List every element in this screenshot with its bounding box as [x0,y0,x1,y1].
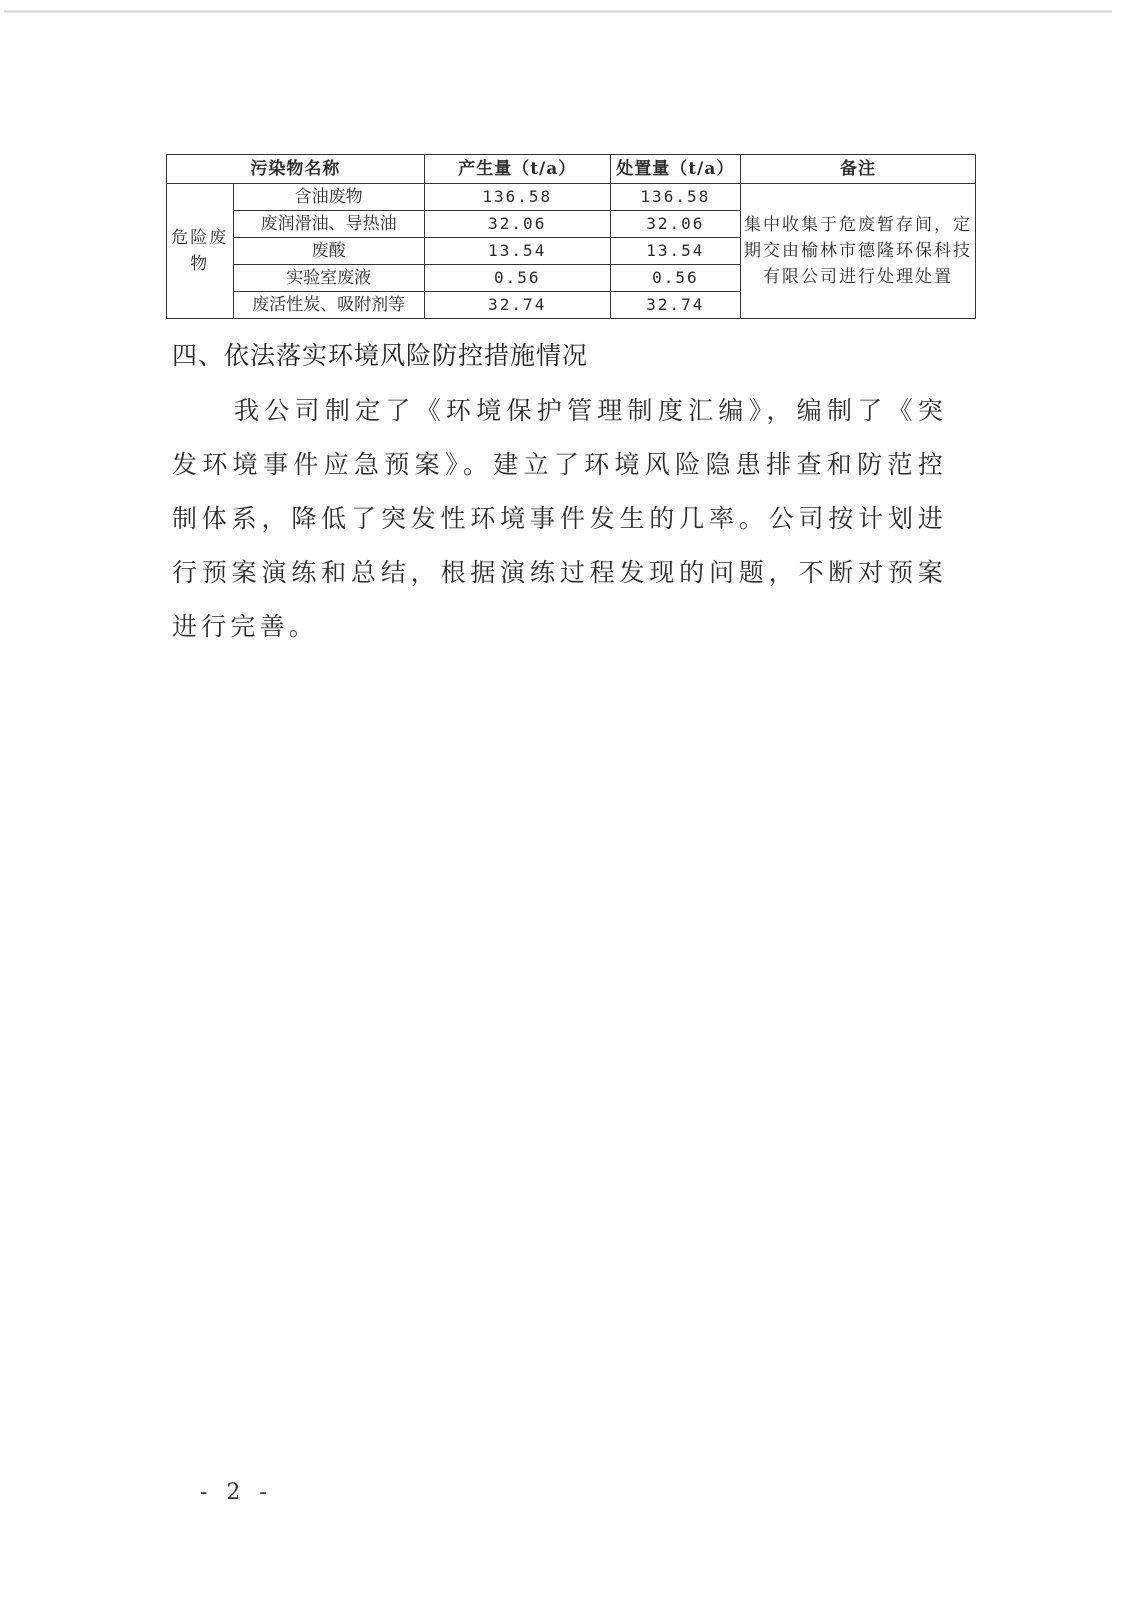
table-row: 危险废物 含油废物 136.58 136.58 集中收集于危废暂存间，定期交由榆… [167,184,976,211]
scan-edge-line [4,10,1112,13]
generated-value: 136.58 [424,184,610,211]
disposed-value: 32.74 [610,292,740,319]
disposed-value: 32.06 [610,211,740,238]
header-pollutant-name: 污染物名称 [167,155,425,184]
generated-value: 13.54 [424,238,610,265]
generated-value: 32.06 [424,211,610,238]
header-generated: 产生量（t/a） [424,155,610,184]
pollutant-name: 废酸 [233,238,424,265]
header-remarks: 备注 [741,155,976,184]
table-header-row: 污染物名称 产生量（t/a） 处置量（t/a） 备注 [167,155,976,184]
category-cell: 危险废物 [167,184,234,319]
remarks-cell: 集中收集于危废暂存间，定期交由榆林市德隆环保科技有限公司进行处理处置 [741,184,976,319]
disposed-value: 0.56 [610,265,740,292]
pollutant-name: 废活性炭、吸附剂等 [233,292,424,319]
generated-value: 0.56 [424,265,610,292]
section-paragraph: 我公司制定了《环境保护管理制度汇编》，编制了《突发环境事件应急预案》。建立了环境… [172,384,947,654]
hazardous-waste-table: 污染物名称 产生量（t/a） 处置量（t/a） 备注 危险废物 含油废物 136… [166,154,976,319]
pollutant-name: 含油废物 [233,184,424,211]
disposed-value: 13.54 [610,238,740,265]
generated-value: 32.74 [424,292,610,319]
pollutant-name: 实验室废液 [233,265,424,292]
disposed-value: 136.58 [610,184,740,211]
header-disposed: 处置量（t/a） [610,155,740,184]
section-heading: 四、依法落实环境风险防控措施情况 [172,336,588,372]
pollutant-name: 废润滑油、导热油 [233,211,424,238]
page-number: - 2 - [200,1480,273,1505]
